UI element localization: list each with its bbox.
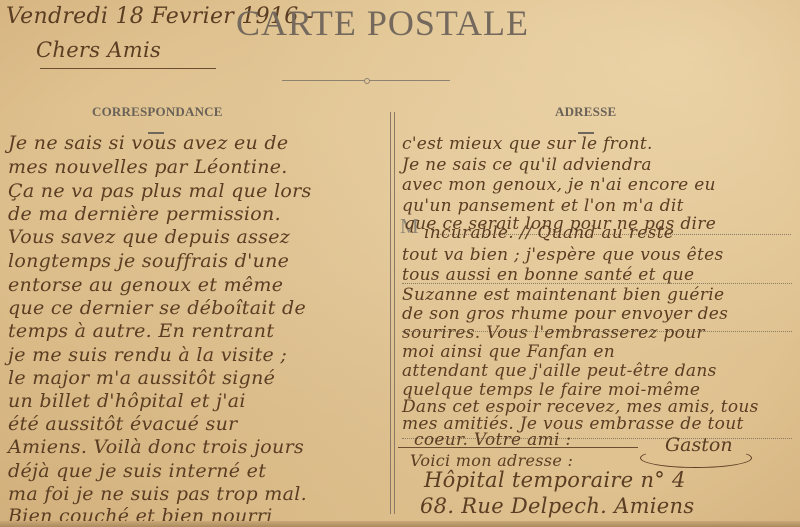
- postcard-back: Vendredi 18 Fevrier 1916 - Chers Amis CA…: [0, 0, 800, 527]
- title-ornament-rule: [282, 80, 450, 81]
- correspondence-line: déjà que je suis interné et: [8, 460, 266, 482]
- greeting-underline: [40, 68, 216, 69]
- address-side-line: de son gros rhume pour envoyer des: [402, 304, 728, 324]
- handwritten-greeting: Chers Amis: [36, 38, 161, 62]
- correspondence-line: Ça ne va pas plus mal que lors: [8, 180, 312, 202]
- address-side-line: qu'un pansement et l'on m'a dit: [402, 196, 684, 216]
- return-address-separator: [398, 447, 638, 448]
- correspondence-heading: CORRESPONDANCE: [92, 104, 223, 120]
- address-side-line: moi ainsi que Fanfan en: [402, 342, 615, 362]
- ornament-dot: [364, 78, 370, 84]
- address-side-line: attendant que j'aille peut-être dans: [402, 361, 717, 381]
- signature-flourish: [640, 448, 752, 468]
- correspondence-line: entorse au genoux et même: [8, 274, 283, 296]
- correspondence-line: que ce dernier se déboîtait de: [8, 297, 306, 319]
- address-heading: ADRESSE: [555, 104, 616, 120]
- address-side-line: Je ne sais ce qu'il adviendra: [402, 155, 652, 175]
- return-address-line-2: 68. Rue Delpech. Amiens: [420, 494, 694, 518]
- correspondence-line: un billet d'hôpital et j'ai: [8, 390, 246, 412]
- address-side-line: sourires. Vous l'embrasserez pour: [402, 323, 705, 343]
- return-address-line-1: Hôpital temporaire n° 4: [424, 468, 686, 492]
- correspondence-line: temps à autre. En rentrant: [8, 320, 274, 342]
- correspondence-line: mes nouvelles par Léontine.: [8, 156, 288, 178]
- correspondence-line: longtemps je souffrais d'une: [8, 250, 289, 272]
- address-side-line: c'est mieux que sur le front.: [402, 134, 653, 154]
- center-divider: [390, 112, 395, 514]
- address-side-line: tous aussi en bonne santé et que: [402, 265, 694, 285]
- correspondence-line: Amiens. Voilà donc trois jours: [8, 436, 304, 458]
- correspondence-line: Bien couché et bien nourri: [8, 505, 273, 527]
- correspondence-line: ma foi je ne suis pas trop mal.: [8, 483, 307, 505]
- correspondence-line: le major m'a aussitôt signé: [8, 367, 275, 389]
- correspondence-line: je me suis rendu à la visite ;: [8, 344, 287, 366]
- address-side-line: tout va bien ; j'espère que vous êtes: [402, 245, 724, 265]
- address-side-line: Suzanne est maintenant bien guérie: [402, 285, 724, 305]
- address-side-line: avec mon genoux, je n'ai encore eu: [402, 175, 716, 195]
- correspondence-line: Je ne sais si vous avez eu de: [8, 132, 288, 154]
- postcard-title: CARTE POSTALE: [236, 2, 529, 44]
- correspondence-line: été aussitôt évacué sur: [8, 413, 238, 435]
- address-side-line: incurable. // Quand au reste: [424, 223, 674, 243]
- correspondence-line: de ma dernière permission.: [8, 203, 281, 225]
- correspondence-line: Vous savez que depuis assez: [8, 226, 290, 248]
